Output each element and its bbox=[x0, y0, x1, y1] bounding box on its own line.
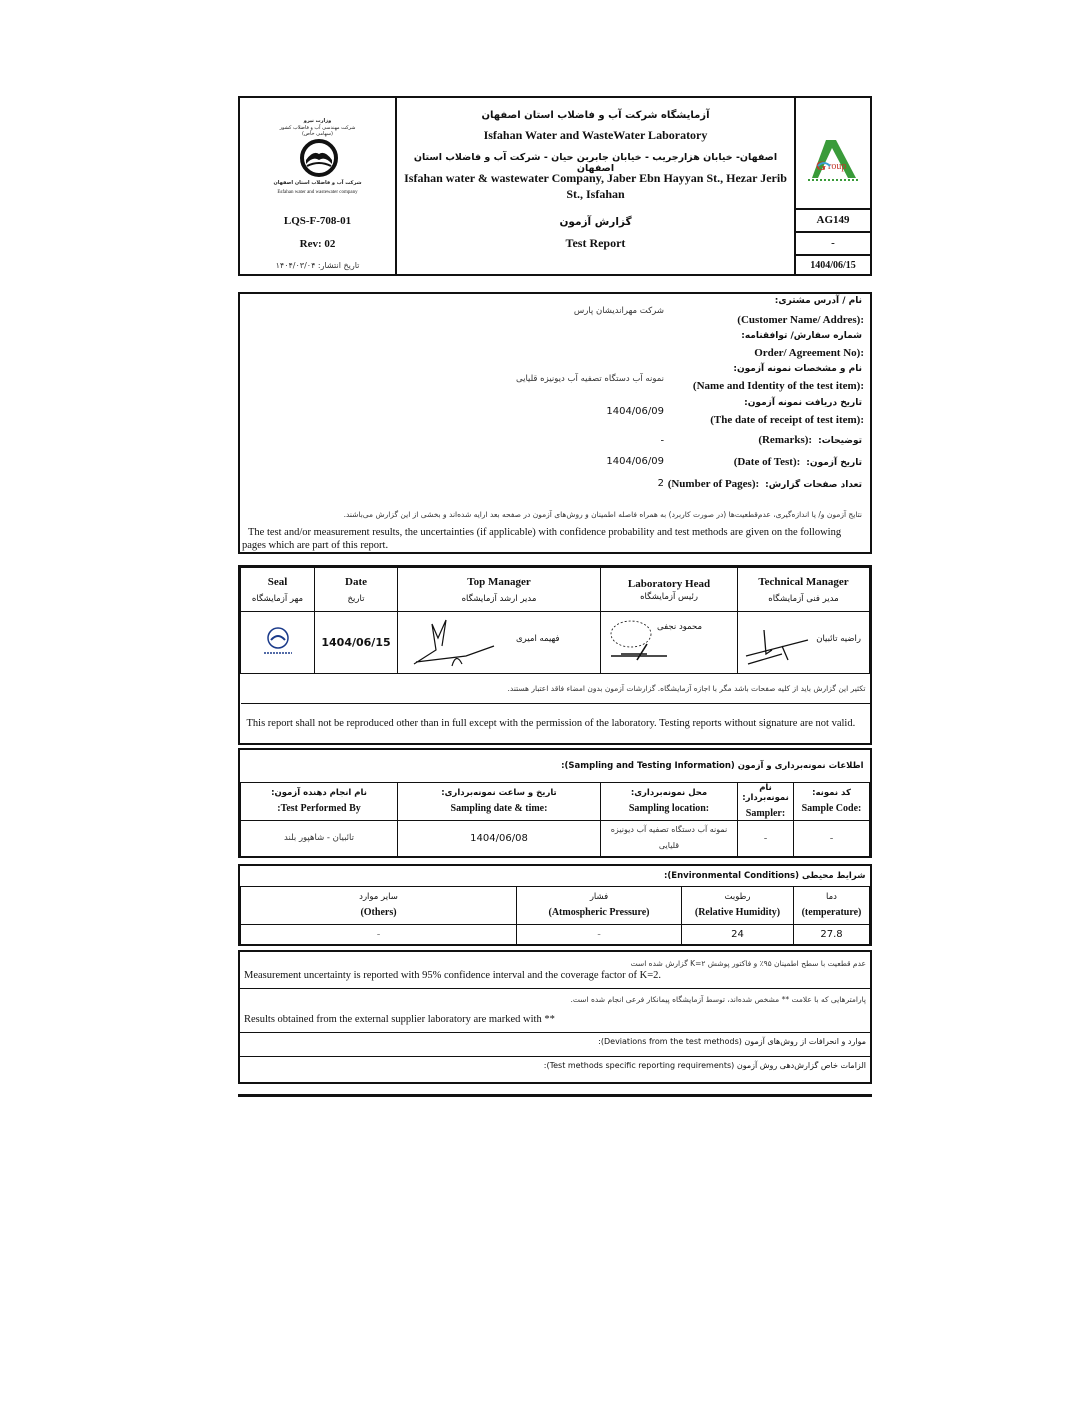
test-item-value: نمونه آب دستگاه تصفیه آب دیونیزه قلیایی bbox=[516, 374, 664, 384]
environment-title: شرایط محیطی (Environmental Conditions): bbox=[241, 866, 870, 886]
remarks-label-fa: توضیحات: bbox=[818, 436, 862, 446]
customer-info-section: نام / آدرس مشتری: (Customer Name/ Addres… bbox=[238, 292, 872, 554]
technical-manager-signature-cell: راضیه تائبیان bbox=[738, 612, 870, 674]
results-note-en: The test and/or measurement results, the… bbox=[242, 526, 846, 552]
technical-manager-header: Technical Manager مدیر فنی آزمایشگاه bbox=[738, 568, 870, 612]
water-company-logo-icon bbox=[297, 138, 341, 178]
sample-code-value: - bbox=[794, 820, 870, 856]
test-date-value: 1404/06/09 bbox=[606, 456, 664, 467]
sampling-location-header: محل نمونه‌برداری: Sampling location: bbox=[601, 782, 738, 820]
receipt-date-label-en: (The date of receipt of test item): bbox=[710, 414, 864, 426]
others-header: سایر موارد (Others) bbox=[241, 886, 517, 924]
header-center-column: آزمایشگاه شرکت آب و فاضلاب استان اصفهان … bbox=[397, 98, 794, 274]
seal-header: Seal مهر آزمایشگاه bbox=[241, 568, 315, 612]
header-left-column: وزارت نیرو شرکت مهندسی آب و فاضلاب کشور … bbox=[240, 98, 397, 274]
report-number: AG149 bbox=[796, 214, 870, 226]
header-right-column: G roup AG149 - 1404/06/15 bbox=[794, 98, 870, 274]
lab-name-fa: آزمایشگاه شرکت آب و فاضلاب استان اصفهان bbox=[397, 110, 794, 121]
a-group-logo-text: roup bbox=[828, 161, 846, 172]
remarks-value: - bbox=[661, 435, 664, 446]
pressure-header: فشار (Atmospheric Pressure) bbox=[517, 886, 682, 924]
ministry-line: وزارت نیرو bbox=[240, 118, 395, 125]
external-lab-note: پارامترهایی که با علامت ** مشخص شده‌اند،… bbox=[240, 988, 870, 1032]
date-header: Date تاریخ bbox=[315, 568, 398, 612]
technical-manager-name: راضیه تائبیان bbox=[816, 634, 861, 644]
deviations-note: موارد و انحرافات از روش‌های آزمون (Devia… bbox=[240, 1032, 870, 1056]
seal-cell bbox=[241, 612, 315, 674]
notes-section: عدم قطعیت با سطح اطمینان ۹۵٪ و فاکتور پو… bbox=[238, 950, 872, 1084]
form-code: LQS-F-708-01 bbox=[240, 215, 395, 227]
humidity-value: 24 bbox=[682, 924, 794, 944]
uncertainty-note-en: Measurement uncertainty is reported with… bbox=[244, 970, 866, 981]
lab-head-name: محمود نجفی bbox=[657, 622, 702, 632]
environmental-conditions-section: شرایط محیطی (Environmental Conditions): … bbox=[238, 864, 872, 946]
order-label-en: Order/ Agreement No): bbox=[754, 347, 864, 359]
sampling-location-value: نمونه آب دستگاه تصفیه آب دیونیزه قلیایی bbox=[601, 820, 738, 856]
sampling-datetime-value: 1404/06/08 bbox=[398, 820, 601, 856]
test-performed-by-value: تائبیان - شاهپور بلند bbox=[241, 820, 398, 856]
receipt-date-value: 1404/06/09 bbox=[606, 406, 664, 417]
remarks-row: توضیحات: (Remarks): bbox=[758, 434, 862, 446]
sampling-section: اطلاعات نمونه‌برداری و آزمون (Sampling a… bbox=[238, 748, 872, 858]
sampler-value: - bbox=[738, 820, 794, 856]
address-en: Isfahan water & wastewater Company, Jabe… bbox=[403, 170, 788, 202]
report-date: 1404/06/15 bbox=[796, 260, 870, 271]
temperature-value: 27.8 bbox=[794, 924, 870, 944]
pages-value: 2 bbox=[658, 478, 664, 489]
pages-row: تعداد صفحات گزارش: (Number of Pages): bbox=[668, 478, 862, 490]
uncertainty-note: عدم قطعیت با سطح اطمینان ۹۵٪ و فاکتور پو… bbox=[240, 952, 870, 988]
test-item-label-en: (Name and Identity of the test item): bbox=[693, 380, 864, 392]
test-date-label-fa: تاریخ آزمون: bbox=[806, 458, 862, 468]
report-header: وزارت نیرو شرکت مهندسی آب و فاضلاب کشور … bbox=[238, 96, 872, 276]
customer-label-fa: نام / آدرس مشتری: bbox=[775, 296, 862, 306]
pages-label-fa: تعداد صفحات گزارش: bbox=[765, 480, 862, 490]
company-type-line: (سهامی خاص) bbox=[240, 131, 395, 138]
results-note-fa: نتایج آزمون و/ یا اندازه‌گیری، عدم‌قطعیت… bbox=[344, 510, 862, 519]
publish-date: تاریخ انتشار: ۱۴۰۴/۰۳/۰۴ bbox=[240, 261, 395, 270]
disclaimer-en: This report shall not be reproduced othe… bbox=[241, 704, 870, 744]
others-value: - bbox=[241, 924, 517, 944]
technical-manager-signature-icon bbox=[742, 620, 812, 668]
reporting-requirements-note: الزامات خاص گزارش‌دهی روش آزمون (Test me… bbox=[240, 1056, 870, 1082]
top-manager-signature-cell: فهیمه امیری bbox=[398, 612, 601, 674]
top-manager-name: فهیمه امیری bbox=[516, 634, 560, 644]
water-company-logo: وزارت نیرو شرکت مهندسی آب و فاضلاب کشور … bbox=[240, 98, 395, 206]
sampling-datetime-header: تاریخ و ساعت نمونه‌برداری: Sampling date… bbox=[398, 782, 601, 820]
order-label-fa: شماره سفارش/ توافقنامه: bbox=[741, 331, 862, 341]
remarks-label-en: (Remarks): bbox=[758, 434, 812, 446]
top-manager-signature-icon bbox=[406, 616, 516, 670]
bottom-divider bbox=[238, 1094, 872, 1097]
test-date-label-en: (Date of Test): bbox=[734, 456, 801, 468]
pressure-value: - bbox=[517, 924, 682, 944]
sample-code-header: کد نمونه: Sample Code: bbox=[794, 782, 870, 820]
temperature-header: دما (temperature) bbox=[794, 886, 870, 924]
pages-label-en: (Number of Pages): bbox=[668, 478, 759, 490]
a-group-logo-icon: G roup bbox=[804, 136, 864, 186]
lab-seal-icon bbox=[258, 624, 298, 658]
report-sub-number: - bbox=[796, 237, 870, 249]
customer-value: شرکت مهراندیشان پارس bbox=[574, 306, 664, 316]
sampler-header: نام نمونه‌بردار: Sampler: bbox=[738, 782, 794, 820]
signatures-section: Seal مهر آزمایشگاه Date تاریخ Top Manage… bbox=[238, 565, 872, 745]
lab-name-en: Isfahan Water and WasteWater Laboratory bbox=[397, 128, 794, 143]
revision: Rev: 02 bbox=[240, 238, 395, 250]
title-fa: گزارش آزمون bbox=[397, 216, 794, 228]
top-manager-header: Top Manager مدیر ارشد آزمایشگاه bbox=[398, 568, 601, 612]
lab-head-header: Laboratory Head رئیس آزمایشگاه bbox=[601, 568, 738, 612]
test-performed-by-header: نام انجام دهنده آزمون: :Test Performed B… bbox=[241, 782, 398, 820]
uncertainty-note-fa: عدم قطعیت با سطح اطمینان ۹۵٪ و فاکتور پو… bbox=[244, 959, 866, 968]
title-en: Test Report bbox=[397, 236, 794, 251]
lab-head-signature-cell: محمود نجفی bbox=[601, 612, 738, 674]
sampling-title: اطلاعات نمونه‌برداری و آزمون (Sampling a… bbox=[241, 750, 870, 782]
test-item-label-fa: نام و مشخصات نمونه آزمون: bbox=[733, 364, 862, 374]
disclaimer-fa: تکثیر این گزارش باید از کلیه صفحات باشد … bbox=[241, 674, 870, 704]
external-lab-note-fa: پارامترهایی که با علامت ** مشخص شده‌اند،… bbox=[244, 995, 866, 1004]
company-name-fa: شرکت آب و فاضلاب استان اصفهان bbox=[240, 180, 395, 187]
humidity-header: رطوبت (Relative Humidity) bbox=[682, 886, 794, 924]
test-date-row: تاریخ آزمون: (Date of Test): bbox=[734, 456, 862, 468]
external-lab-note-en: Results obtained from the external suppl… bbox=[244, 1014, 866, 1025]
signature-date: 1404/06/15 bbox=[315, 612, 398, 674]
customer-label-en: (Customer Name/ Addres): bbox=[737, 314, 864, 326]
company-name-en: Esfahan water and wastewater company bbox=[240, 189, 395, 196]
receipt-date-label-fa: تاریخ دریافت نمونه آزمون: bbox=[744, 398, 862, 408]
